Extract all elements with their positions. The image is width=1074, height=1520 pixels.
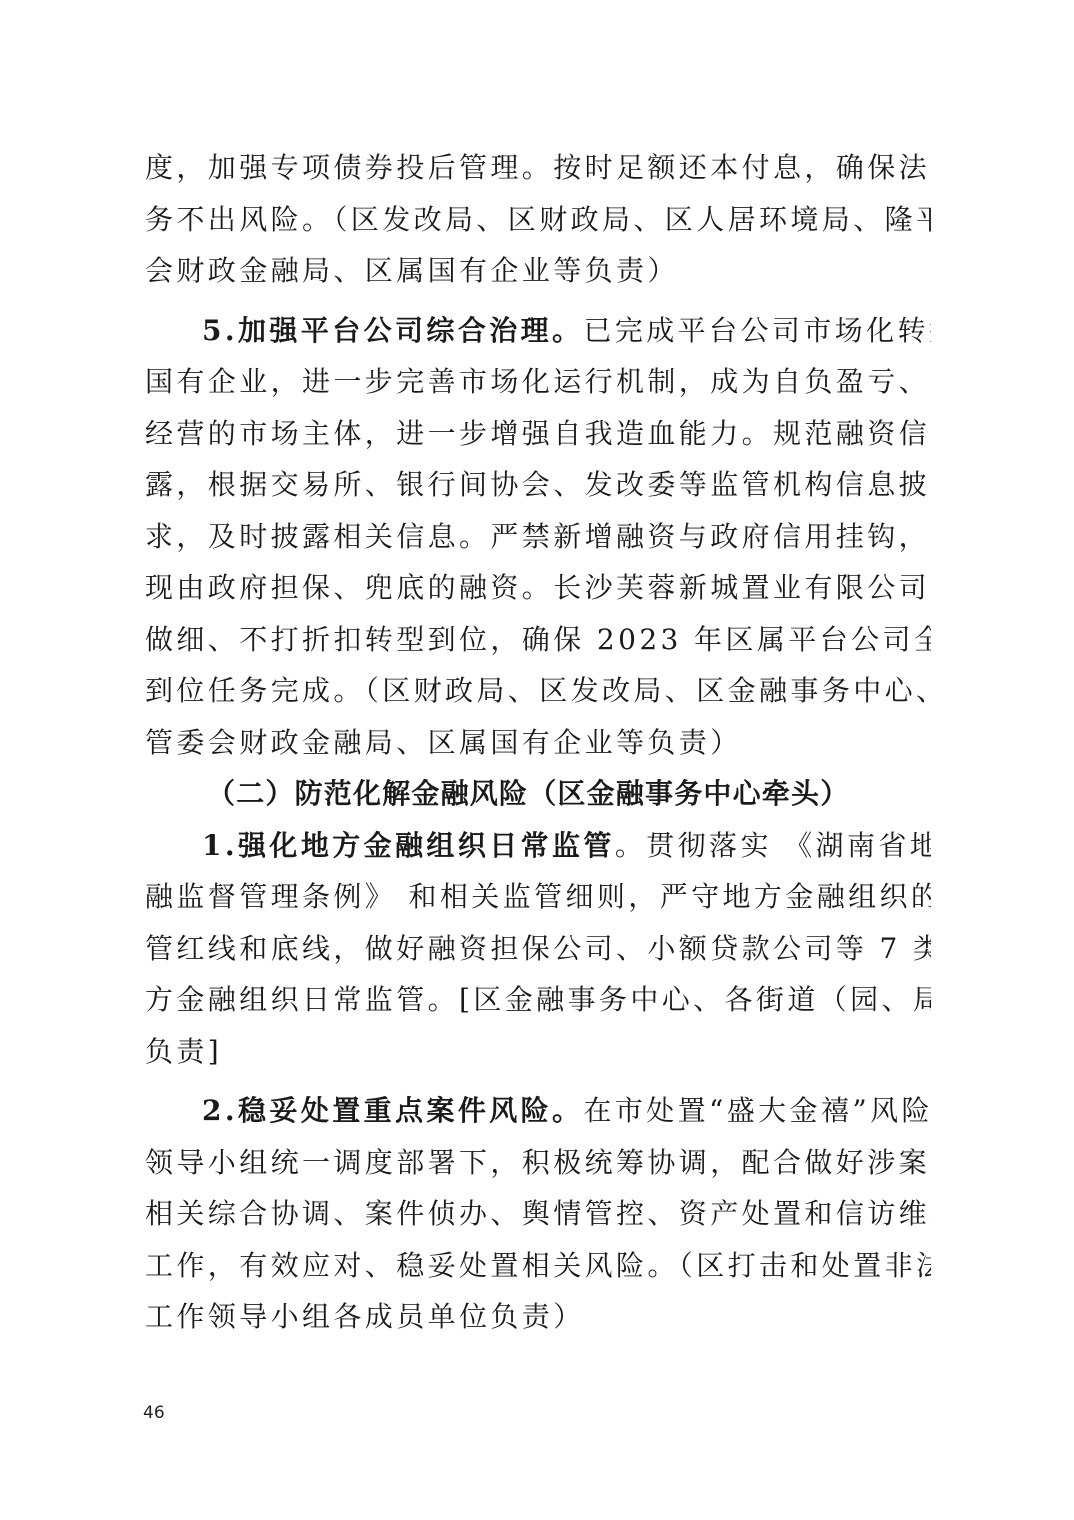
document-page: 度，加强专项债券投后管理。按时足额还本付息，确保法定债 务不出风险。（区发改局、… [145,142,931,1343]
text-line: 5.加强平台公司综合治理。已完成平台公司市场化转型的 [145,305,931,357]
text-line: 国有企业，进一步完善市场化运行机制，成为自负盈亏、自主 [145,356,931,408]
text-line: 现由政府担保、兜底的融资。长沙芙蓉新城置业有限公司做实 [145,562,931,614]
item-text: 在市处置“盛大金禧”风险工作 [583,1094,931,1127]
text-line: 露，根据交易所、银行间协会、发改委等监管机构信息披露要 [145,459,931,511]
text-line: 会财政金融局、区属国有企业等负责） [145,245,931,297]
text-line: 度，加强专项债券投后管理。按时足额还本付息，确保法定债 [145,142,931,194]
paragraph-item-5: 5.加强平台公司综合治理。已完成平台公司市场化转型的 国有企业，进一步完善市场化… [145,305,931,769]
page-number: 46 [143,1403,165,1423]
text-line: 管红线和底线，做好融资担保公司、小额贷款公司等 7 类地 [145,923,931,975]
text-line: 1.强化地方金融组织日常监管。贯彻落实 《湖南省地方金 [145,820,931,872]
paragraph-item-2: 2.稳妥处置重点案件风险。在市处置“盛大金禧”风险工作 领导小组统一调度部署下，… [145,1085,931,1343]
section-heading: （二）防范化解金融风险（区金融事务中心牵头） [145,768,931,820]
text-line: 融监督管理条例》 和相关监管细则，严守地方金融组织的监 [145,871,931,923]
item-title: 1.强化地方金融组织日常监管 [202,829,615,862]
text-line: 领导小组统一调度部署下，积极统筹协调，配合做好涉案公司 [145,1137,931,1189]
item-title: 2.稳妥处置重点案件风险。 [202,1094,583,1127]
text-line: 求，及时披露相关信息。严禁新增融资与政府信用挂钩，不出 [145,511,931,563]
text-line: 工作，有效应对、稳妥处置相关风险。（区打击和处置非法集资 [145,1240,931,1292]
text-line: 2.稳妥处置重点案件风险。在市处置“盛大金禧”风险工作 [145,1085,931,1137]
item-text: 。贯彻落实 《湖南省地方金 [615,829,931,862]
text-line: 工作领导小组各成员单位负责） [145,1291,931,1343]
text-line: 到位任务完成。（区财政局、区发改局、区金融事务中心、隆平 [145,665,931,717]
text-line: 方金融组织日常监管。[区金融事务中心、各街道（园、局）等 [145,974,931,1026]
text-line: 相关综合协调、案件侦办、舆情管控、资产处置和信访维稳等 [145,1188,931,1240]
item-title: 5.加强平台公司综合治理。 [202,314,583,347]
paragraph-item-1: 1.强化地方金融组织日常监管。贯彻落实 《湖南省地方金 融监督管理条例》 和相关… [145,820,931,1078]
text-line: 务不出风险。（区发改局、区财政局、区人居环境局、隆平管委 [145,194,931,246]
text-line: 负责] [145,1026,931,1078]
item-text: 已完成平台公司市场化转型的 [583,314,931,347]
text-line: 做细、不打折扣转型到位，确保 2023 年区属平台公司全部转型 [145,614,931,666]
text-line: 经营的市场主体，进一步增强自我造血能力。规范融资信息披 [145,408,931,460]
paragraph-continuation: 度，加强专项债券投后管理。按时足额还本付息，确保法定债 务不出风险。（区发改局、… [145,142,931,297]
text-line: 管委会财政金融局、区属国有企业等负责） [145,717,931,769]
